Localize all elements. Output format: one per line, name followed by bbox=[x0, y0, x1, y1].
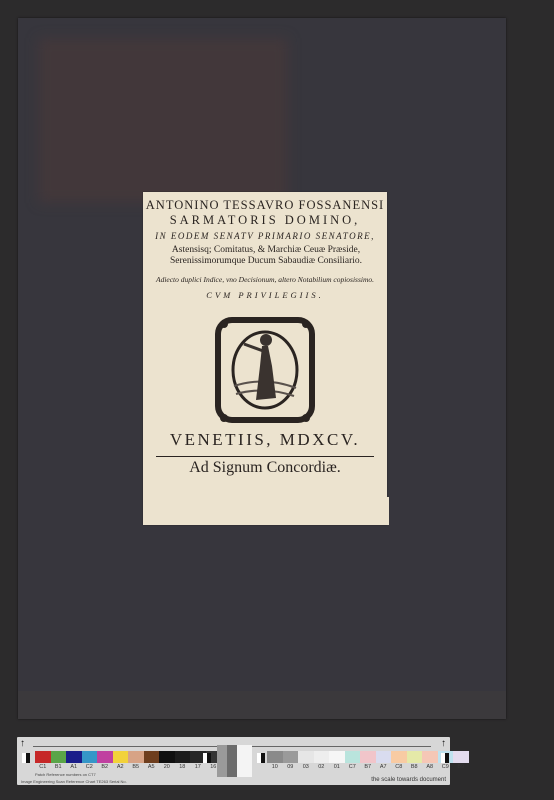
patch-label: 10 bbox=[267, 764, 283, 770]
patch-label: A1 bbox=[66, 764, 82, 770]
patch-label: C1 bbox=[35, 764, 51, 770]
board-stain bbox=[38, 38, 288, 203]
chart-footer: Image Engineering Scan Reference Chart T… bbox=[21, 779, 127, 784]
title-line-3: IN EODEM SENATV PRIMARIO SENATORE, bbox=[143, 231, 387, 241]
mini-gray-patch-4 bbox=[441, 753, 449, 763]
patch-reference-note: Patch Reference numbers on CT7 bbox=[35, 772, 96, 777]
color-patch bbox=[453, 751, 469, 763]
patch-label: 02 bbox=[314, 764, 330, 770]
patch-labels-left: C1B1A1C2B2A2B5A52018171611 bbox=[35, 764, 237, 770]
color-patches-right bbox=[267, 751, 469, 763]
patch-label: 01 bbox=[329, 764, 345, 770]
color-patch bbox=[329, 751, 345, 763]
color-patch bbox=[51, 751, 67, 763]
color-patch bbox=[82, 751, 98, 763]
color-patch bbox=[267, 751, 283, 763]
patch-label: 18 bbox=[175, 764, 191, 770]
mini-gray-patch-2 bbox=[203, 753, 211, 763]
mini-gray-patch bbox=[22, 753, 30, 763]
title-line-2: SARMATORIS DOMINO, bbox=[143, 213, 387, 228]
color-patch bbox=[407, 751, 423, 763]
color-patch bbox=[345, 751, 361, 763]
patch-label: C8 bbox=[391, 764, 407, 770]
board-bottom-shade bbox=[18, 691, 506, 719]
patch-label: C7 bbox=[345, 764, 361, 770]
patch-label: B5 bbox=[128, 764, 144, 770]
color-reference-chart: ↑ ↑ C1B1A1C2B2A2B5A52018171611 Patch Ref… bbox=[17, 737, 450, 785]
patch-label: C9 bbox=[438, 764, 454, 770]
printer-device-icon bbox=[214, 316, 316, 426]
white-card bbox=[237, 745, 252, 777]
title-line-1: ANTONINO TESSAVRO FOSSANENSI bbox=[143, 198, 387, 213]
patch-labels-right: 1009030201C7B7A7C8B8A8C9B9 bbox=[267, 764, 469, 770]
patch-label: B9 bbox=[453, 764, 469, 770]
scale-caption: the scale towards document bbox=[371, 777, 446, 783]
color-patch bbox=[391, 751, 407, 763]
mini-gray-patch-3 bbox=[257, 753, 265, 763]
title-line-4: Astensisq; Comitatus, & Marchiæ Ceuæ Præ… bbox=[149, 245, 383, 267]
up-arrow-icon-right: ↑ bbox=[441, 739, 446, 749]
up-arrow-icon: ↑ bbox=[20, 739, 25, 749]
gray-card bbox=[217, 745, 237, 777]
color-patch bbox=[113, 751, 129, 763]
patch-label: A7 bbox=[376, 764, 392, 770]
patch-label: A5 bbox=[144, 764, 160, 770]
patch-label: A2 bbox=[113, 764, 129, 770]
title-line-5: Adiecto duplici Indice, vno Decisionum, … bbox=[143, 275, 387, 284]
patch-label: B1 bbox=[51, 764, 67, 770]
patch-label: 17 bbox=[190, 764, 206, 770]
privilege-line: CVM PRIVILEGIIS. bbox=[143, 290, 387, 300]
color-patch bbox=[360, 751, 376, 763]
patch-label: 03 bbox=[298, 764, 314, 770]
color-patch bbox=[128, 751, 144, 763]
color-patch bbox=[283, 751, 299, 763]
paper-edge bbox=[385, 497, 389, 525]
color-patch bbox=[314, 751, 330, 763]
patch-label: A8 bbox=[422, 764, 438, 770]
color-patch bbox=[175, 751, 191, 763]
imprint-rule bbox=[156, 456, 374, 457]
color-patch bbox=[376, 751, 392, 763]
color-patch bbox=[422, 751, 438, 763]
patch-label: 09 bbox=[283, 764, 299, 770]
patch-label: B2 bbox=[97, 764, 113, 770]
color-patch bbox=[298, 751, 314, 763]
color-patch bbox=[144, 751, 160, 763]
patch-label: B8 bbox=[407, 764, 423, 770]
patch-label: 20 bbox=[159, 764, 175, 770]
imprint-sign: Ad Signum Concordiæ. bbox=[143, 459, 387, 477]
color-patch bbox=[159, 751, 175, 763]
title-page: ANTONINO TESSAVRO FOSSANENSI SARMATORIS … bbox=[143, 192, 387, 525]
color-patch bbox=[97, 751, 113, 763]
patch-label: B7 bbox=[360, 764, 376, 770]
patch-label: C2 bbox=[82, 764, 98, 770]
imprint-place-date: VENETIIS, MDXCV. bbox=[143, 430, 387, 450]
color-patch bbox=[35, 751, 51, 763]
color-patch bbox=[66, 751, 82, 763]
